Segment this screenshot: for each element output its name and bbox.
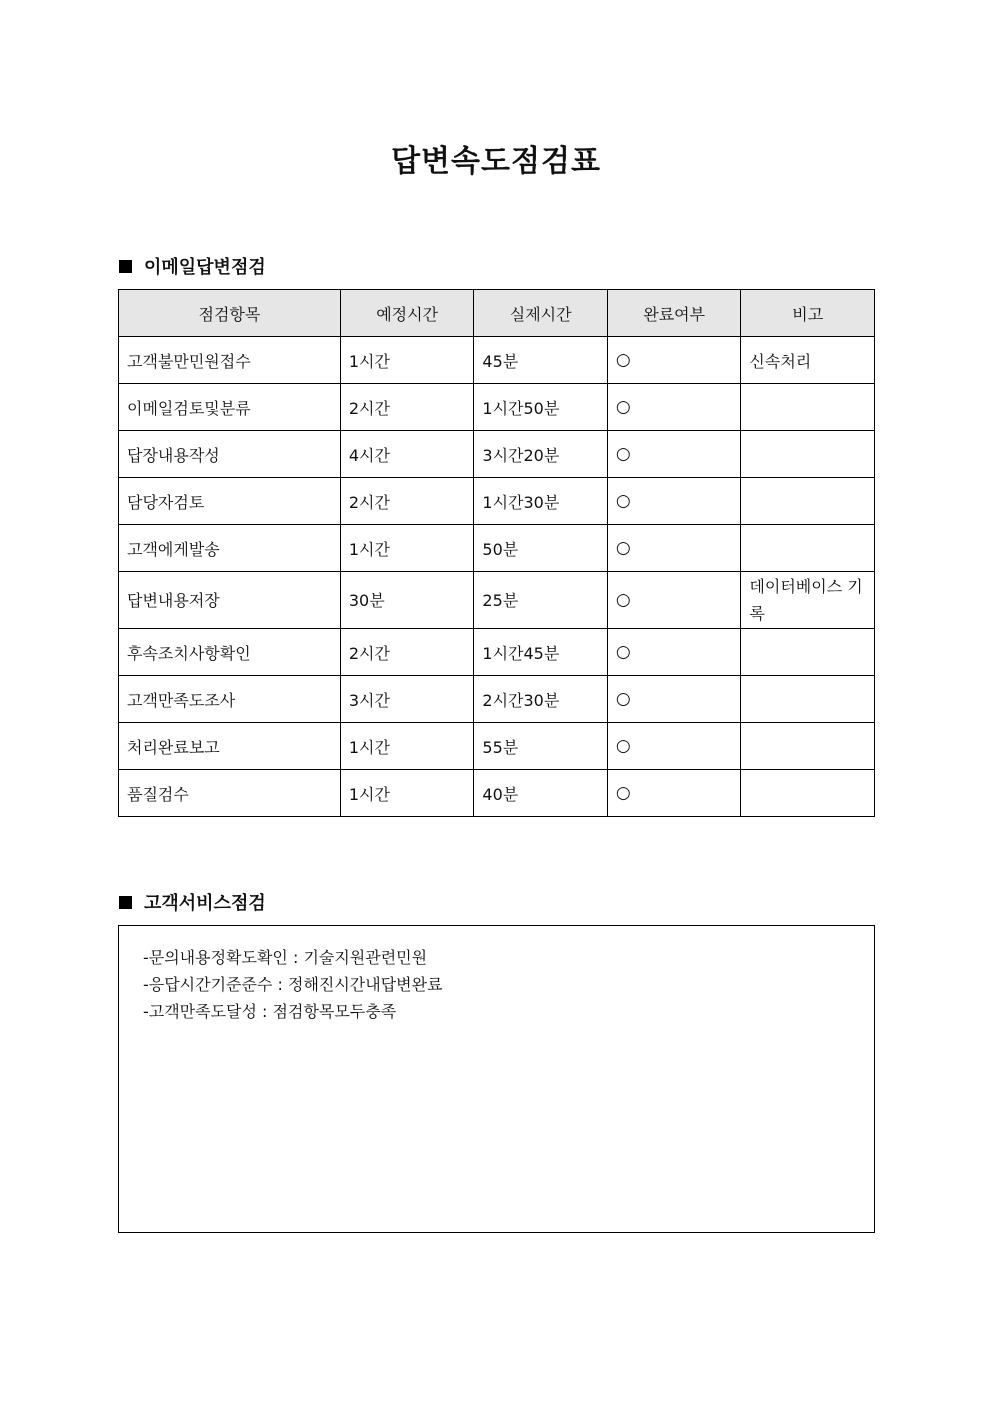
- cell-item: 이메일검토및분류: [119, 384, 341, 431]
- cell-item: 품질검수: [119, 770, 341, 817]
- cell-done: ○: [607, 478, 741, 525]
- cell-note: [741, 431, 875, 478]
- table-row: 후속조치사항확인 2시간 1시간45분 ○: [119, 629, 875, 676]
- section-heading-customer-service: 고객서비스점검: [119, 889, 266, 915]
- table-row: 고객불만민원접수 1시간 45분 ○ 신속처리: [119, 337, 875, 384]
- cell-planned: 3시간: [340, 676, 474, 723]
- cell-actual: 50분: [474, 525, 608, 572]
- cell-done: ○: [607, 770, 741, 817]
- cell-done: ○: [607, 337, 741, 384]
- note-line: -고객만족도달성 : 점검항목모두충족: [143, 998, 443, 1025]
- cell-note: [741, 676, 875, 723]
- cell-item: 처리완료보고: [119, 723, 341, 770]
- cell-actual: 1시간45분: [474, 629, 608, 676]
- cell-done: ○: [607, 629, 741, 676]
- column-header: 완료여부: [607, 290, 741, 337]
- square-bullet-icon: [119, 896, 132, 909]
- cell-item: 고객불만민원접수: [119, 337, 341, 384]
- notes-list: -문의내용정확도확인 : 기술지원관련민원 -응답시간기준준수 : 정해진시간내…: [143, 944, 443, 1025]
- cell-planned: 1시간: [340, 525, 474, 572]
- square-bullet-icon: [119, 260, 132, 273]
- cell-note: [741, 478, 875, 525]
- cell-planned: 1시간: [340, 337, 474, 384]
- cell-item: 고객만족도조사: [119, 676, 341, 723]
- table-row: 처리완료보고 1시간 55분 ○: [119, 723, 875, 770]
- cell-done: ○: [607, 676, 741, 723]
- cell-note: [741, 770, 875, 817]
- cell-planned: 1시간: [340, 770, 474, 817]
- cell-done: ○: [607, 525, 741, 572]
- cell-actual: 1시간30분: [474, 478, 608, 525]
- cell-actual: 40분: [474, 770, 608, 817]
- cell-note: [741, 723, 875, 770]
- table-row: 답장내용작성 4시간 3시간20분 ○: [119, 431, 875, 478]
- cell-done: ○: [607, 384, 741, 431]
- table-row: 담당자검토 2시간 1시간30분 ○: [119, 478, 875, 525]
- customer-service-notes-box: -문의내용정확도확인 : 기술지원관련민원 -응답시간기준준수 : 정해진시간내…: [118, 925, 875, 1233]
- table-row: 품질검수 1시간 40분 ○: [119, 770, 875, 817]
- cell-planned: 2시간: [340, 629, 474, 676]
- cell-item: 담당자검토: [119, 478, 341, 525]
- cell-planned: 2시간: [340, 384, 474, 431]
- cell-note: 데이터베이스 기록: [741, 572, 875, 629]
- cell-actual: 2시간30분: [474, 676, 608, 723]
- cell-note: [741, 525, 875, 572]
- section-heading-email: 이메일답변점검: [119, 253, 266, 279]
- cell-note: [741, 629, 875, 676]
- section-heading-label: 고객서비스점검: [144, 889, 266, 915]
- column-header: 예정시간: [340, 290, 474, 337]
- cell-planned: 1시간: [340, 723, 474, 770]
- table-row: 이메일검토및분류 2시간 1시간50분 ○: [119, 384, 875, 431]
- cell-actual: 55분: [474, 723, 608, 770]
- table-header-row: 점검항목 예정시간 실제시간 완료여부 비고: [119, 290, 875, 337]
- cell-item: 답장내용작성: [119, 431, 341, 478]
- cell-note: 신속처리: [741, 337, 875, 384]
- note-line: -문의내용정확도확인 : 기술지원관련민원: [143, 944, 443, 971]
- cell-actual: 3시간20분: [474, 431, 608, 478]
- table-row: 고객에게발송 1시간 50분 ○: [119, 525, 875, 572]
- column-header: 비고: [741, 290, 875, 337]
- column-header: 실제시간: [474, 290, 608, 337]
- cell-actual: 25분: [474, 572, 608, 629]
- cell-note: [741, 384, 875, 431]
- cell-done: ○: [607, 723, 741, 770]
- cell-actual: 45분: [474, 337, 608, 384]
- email-check-table: 점검항목 예정시간 실제시간 완료여부 비고 고객불만민원접수 1시간 45분 …: [118, 289, 875, 817]
- column-header: 점검항목: [119, 290, 341, 337]
- section-heading-label: 이메일답변점검: [144, 253, 266, 279]
- table-row: 고객만족도조사 3시간 2시간30분 ○: [119, 676, 875, 723]
- cell-item: 후속조치사항확인: [119, 629, 341, 676]
- document-title: 답변속도점검표: [0, 136, 992, 180]
- cell-done: ○: [607, 572, 741, 629]
- cell-planned: 30분: [340, 572, 474, 629]
- table-row: 답변내용저장 30분 25분 ○ 데이터베이스 기록: [119, 572, 875, 629]
- cell-actual: 1시간50분: [474, 384, 608, 431]
- cell-planned: 4시간: [340, 431, 474, 478]
- note-line: -응답시간기준준수 : 정해진시간내답변완료: [143, 971, 443, 998]
- cell-done: ○: [607, 431, 741, 478]
- cell-item: 답변내용저장: [119, 572, 341, 629]
- cell-item: 고객에게발송: [119, 525, 341, 572]
- cell-planned: 2시간: [340, 478, 474, 525]
